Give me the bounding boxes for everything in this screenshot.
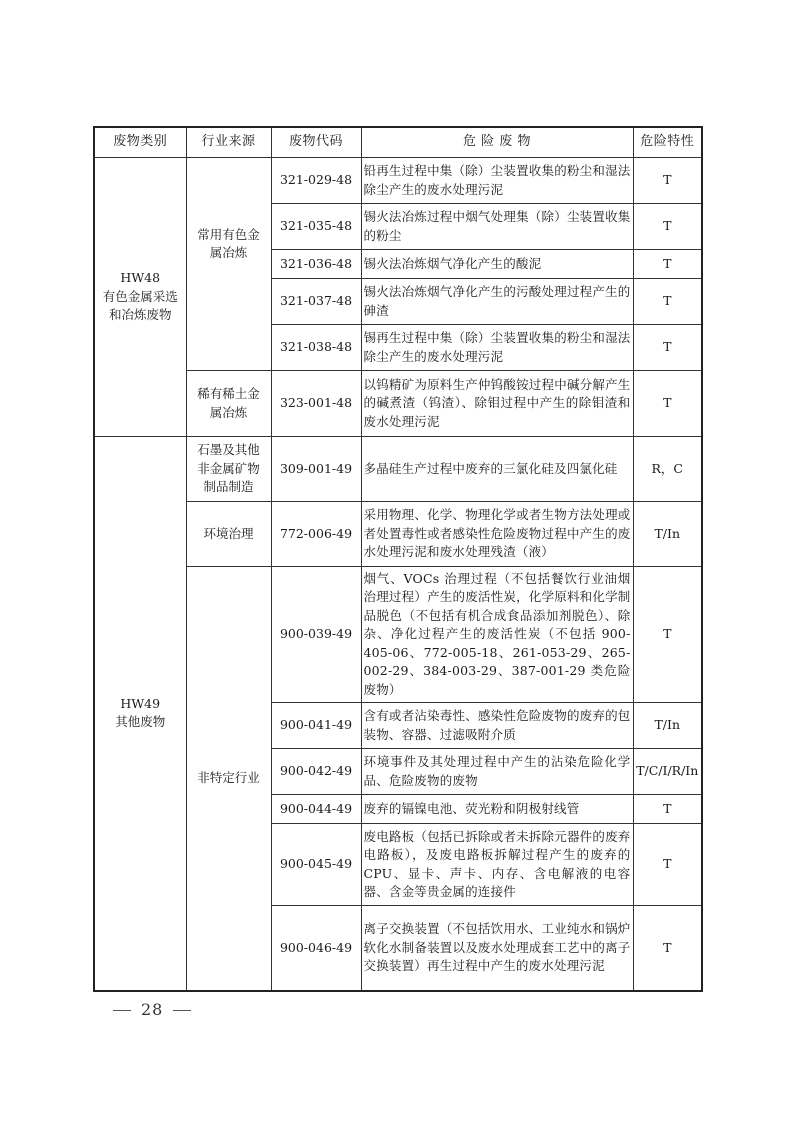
waste-code: 309-001-49 xyxy=(271,437,361,502)
waste-description: 锡火法冶炼烟气净化产生的酸泥 xyxy=(361,250,633,279)
header-industry: 行业来源 xyxy=(186,127,271,158)
waste-description: 锡再生过程中集（除）尘装置收集的粉尘和湿法除尘产生的废水处理污泥 xyxy=(361,325,633,371)
waste-code: 321-035-48 xyxy=(271,204,361,250)
waste-code: 323-001-48 xyxy=(271,371,361,437)
waste-description: 废电路板（包括已拆除或者未拆除元器件的废弃电路板），及废电路板拆解过程产生的废弃… xyxy=(361,824,633,906)
hazard-characteristic: T xyxy=(633,906,702,991)
hazard-characteristic: T xyxy=(633,795,702,824)
header-code: 废物代码 xyxy=(271,127,361,158)
waste-code: 900-041-49 xyxy=(271,703,361,749)
dash-right xyxy=(173,1010,191,1011)
hazard-characteristic: T/C/I/R/In xyxy=(633,749,702,795)
hazard-characteristic: T xyxy=(633,250,702,279)
industry-name-line: 非金属矿物 xyxy=(189,460,269,479)
category-name-line: 有色金属采选 xyxy=(97,288,184,307)
waste-description: 锡火法冶炼过程中烟气处理集（除）尘装置收集的粉尘 xyxy=(361,204,633,250)
waste-code: 900-039-49 xyxy=(271,567,361,703)
category-name-line: 和冶炼废物 xyxy=(97,306,184,325)
hazard-characteristic: T xyxy=(633,325,702,371)
document-page: 废物类别 行业来源 废物代码 危 险 废 物 危险特性 HW48 有色金属采选 … xyxy=(0,0,794,1123)
waste-code: 321-038-48 xyxy=(271,325,361,371)
industry-cell: 稀有稀土金 属冶炼 xyxy=(186,371,271,437)
waste-description: 烟气、VOCs 治理过程（不包括餐饮行业油烟治理过程）产生的废活性炭，化学原料和… xyxy=(361,567,633,703)
waste-description: 铅再生过程中集（除）尘装置收集的粉尘和湿法除尘产生的废水处理污泥 xyxy=(361,158,633,204)
page-number: 28 xyxy=(141,1000,163,1019)
header-hazardous-waste: 危 险 废 物 xyxy=(361,127,633,158)
category-code: HW48 xyxy=(97,269,184,288)
waste-code: 321-036-48 xyxy=(271,250,361,279)
waste-code: 772-006-49 xyxy=(271,502,361,567)
industry-cell: 常用有色金 属冶炼 xyxy=(186,158,271,371)
waste-code: 321-037-48 xyxy=(271,279,361,325)
table-row: 环境治理 772-006-49 采用物理、化学、物理化学或者生物方法处理或者处置… xyxy=(94,502,702,567)
waste-code: 321-029-48 xyxy=(271,158,361,204)
category-code: HW49 xyxy=(97,695,184,714)
table-header-row: 废物类别 行业来源 废物代码 危 险 废 物 危险特性 xyxy=(94,127,702,158)
page-footer: 28 xyxy=(103,1000,201,1019)
waste-code: 900-044-49 xyxy=(271,795,361,824)
hazard-characteristic: T xyxy=(633,204,702,250)
industry-name-line: 石墨及其他 xyxy=(189,441,269,460)
hazard-characteristic: R，C xyxy=(633,437,702,502)
hazard-characteristic: T xyxy=(633,567,702,703)
industry-name-line: 属冶炼 xyxy=(189,244,269,263)
hazard-characteristic: T/In xyxy=(633,502,702,567)
hazard-characteristic: T xyxy=(633,824,702,906)
waste-code: 900-045-49 xyxy=(271,824,361,906)
table-row: HW48 有色金属采选 和冶炼废物 常用有色金 属冶炼 321-029-48 铅… xyxy=(94,158,702,204)
waste-description: 环境事件及其处理过程中产生的沾染危险化学品、危险废物的废物 xyxy=(361,749,633,795)
industry-name-line: 稀有稀土金 xyxy=(189,385,269,404)
industry-name-line: 属冶炼 xyxy=(189,404,269,423)
table-row: HW49 其他废物 石墨及其他 非金属矿物 制品制造 309-001-49 多晶… xyxy=(94,437,702,502)
table-row: 非特定行业 900-039-49 烟气、VOCs 治理过程（不包括餐饮行业油烟治… xyxy=(94,567,702,703)
category-name-line: 其他废物 xyxy=(97,713,184,732)
waste-description: 采用物理、化学、物理化学或者生物方法处理或者处置毒性或者感染性危险废物过程中产生… xyxy=(361,502,633,567)
waste-code: 900-042-49 xyxy=(271,749,361,795)
waste-description: 以钨精矿为原料生产仲钨酸铵过程中碱分解产生的碱煮渣（钨渣）、除钼过程中产生的除钼… xyxy=(361,371,633,437)
hazard-characteristic: T xyxy=(633,371,702,437)
category-cell-hw48: HW48 有色金属采选 和冶炼废物 xyxy=(94,158,186,437)
industry-cell: 非特定行业 xyxy=(186,567,271,991)
table-row: 稀有稀土金 属冶炼 323-001-48 以钨精矿为原料生产仲钨酸铵过程中碱分解… xyxy=(94,371,702,437)
waste-description: 废弃的镉镍电池、荧光粉和阴极射线管 xyxy=(361,795,633,824)
hazardous-waste-table: 废物类别 行业来源 废物代码 危 险 废 物 危险特性 HW48 有色金属采选 … xyxy=(93,126,703,992)
waste-description: 多晶硅生产过程中废弃的三氯化硅及四氯化硅 xyxy=(361,437,633,502)
header-category: 废物类别 xyxy=(94,127,186,158)
waste-code: 900-046-49 xyxy=(271,906,361,991)
waste-description: 离子交换装置（不包括饮用水、工业纯水和锅炉软化水制备装置以及废水处理成套工艺中的… xyxy=(361,906,633,991)
dash-left xyxy=(113,1010,131,1011)
header-characteristic: 危险特性 xyxy=(633,127,702,158)
waste-description: 锡火法冶炼烟气净化产生的污酸处理过程产生的砷渣 xyxy=(361,279,633,325)
industry-cell: 环境治理 xyxy=(186,502,271,567)
hazard-characteristic: T xyxy=(633,158,702,204)
hazard-characteristic: T/In xyxy=(633,703,702,749)
waste-description: 含有或者沾染毒性、感染性危险废物的废弃的包装物、容器、过滤吸附介质 xyxy=(361,703,633,749)
category-cell-hw49: HW49 其他废物 xyxy=(94,437,186,991)
industry-name-line: 常用有色金 xyxy=(189,226,269,245)
industry-cell: 石墨及其他 非金属矿物 制品制造 xyxy=(186,437,271,502)
hazard-characteristic: T xyxy=(633,279,702,325)
industry-name-line: 制品制造 xyxy=(189,478,269,497)
